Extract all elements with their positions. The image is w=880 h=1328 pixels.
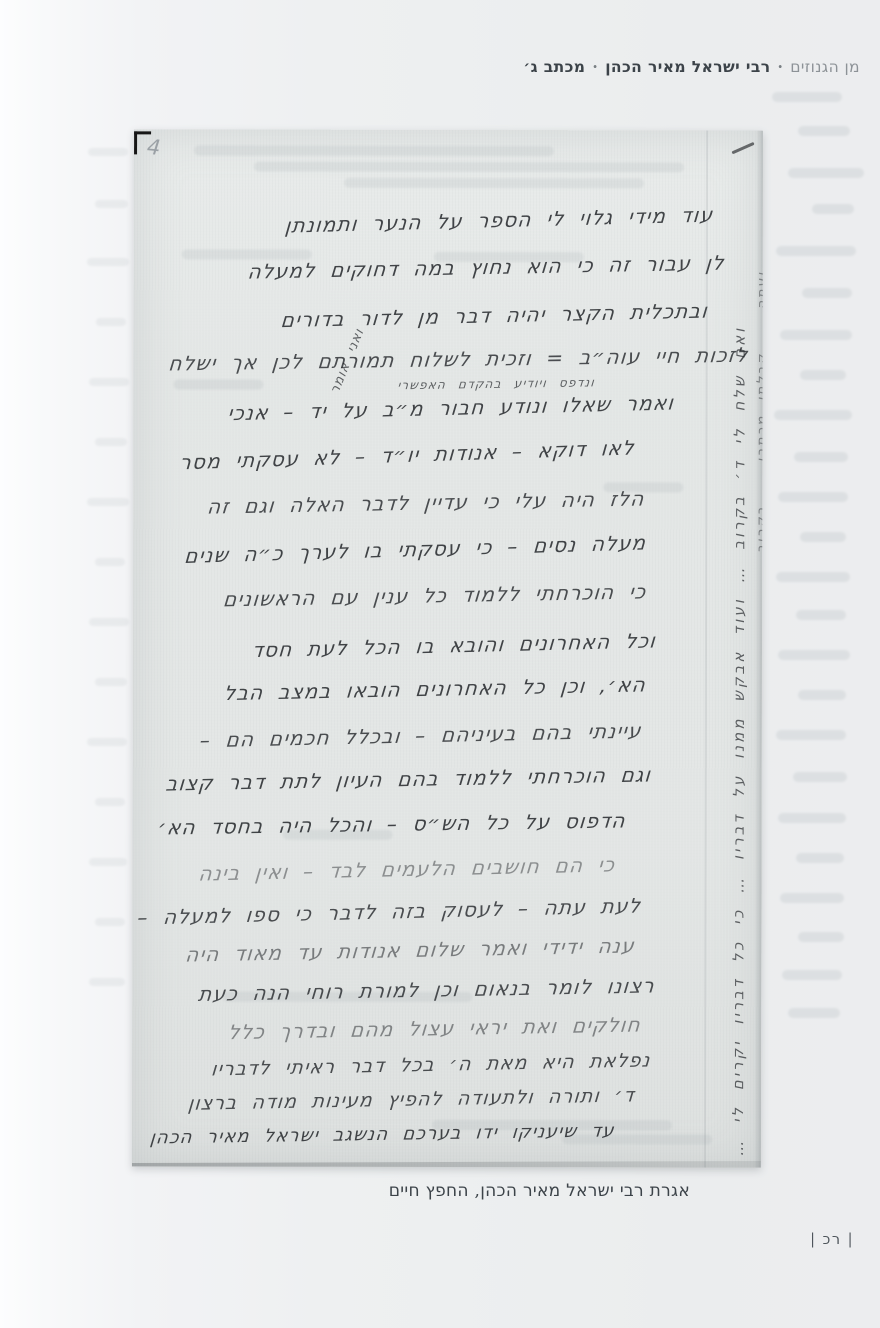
bleed-through-mark bbox=[788, 1008, 840, 1018]
bleed-through-mark bbox=[798, 932, 844, 942]
bleed-through-mark bbox=[95, 200, 128, 208]
handwritten-line: עד שיעניקו ידו בערכם הנשגב ישראל מאיר הכ… bbox=[149, 1120, 616, 1148]
bleed-through-mark bbox=[772, 92, 842, 102]
handwritten-line: מעלה נסים – כי עסקתי בו לערך כ״ה שנים bbox=[183, 530, 647, 568]
handwritten-line: ובתכלית הקצר יהיה דבר מן לדור בדורים bbox=[279, 299, 709, 333]
figure-caption: אגרת רבי ישראל מאיר הכהן, החפץ חיים bbox=[389, 1181, 690, 1201]
bleed-through-mark bbox=[798, 126, 850, 136]
bleed-through-mark bbox=[89, 858, 127, 866]
handwritten-line: עיינתי בהם בעיניהם – ובכלל חכמים הם – bbox=[199, 718, 643, 752]
handwritten-line: וגם הוכרחתי ללמוד בהם העיון לתת דבר קצוב bbox=[165, 762, 653, 795]
bleed-through-mark bbox=[89, 618, 129, 626]
bleed-through-mark bbox=[88, 148, 128, 156]
handwritten-line: הלז היה עלי כי עדיין לדבר האלה וגם זה bbox=[206, 486, 646, 518]
handwritten-line: נפלאת היא מאת ה׳ בכל דבר ראיתי לדבריו bbox=[211, 1049, 653, 1080]
letter-photograph: 4 עוד מידי גלוי לי הספר על הנער ותמונתןל… bbox=[132, 129, 763, 1167]
header-section: מן הגנוזים bbox=[790, 58, 860, 76]
book-page: מן הגנוזים·רבי ישראל מאיר הכהן·מכתב ג׳ 4… bbox=[0, 0, 880, 1328]
bleed-through-mark bbox=[776, 246, 856, 256]
paper-bottom-edge bbox=[132, 1161, 761, 1168]
bleed-through-mark bbox=[776, 572, 850, 582]
handwritten-line: ואמר שאלו ונודע חבור מ״ב על יד – אנכי bbox=[227, 390, 676, 425]
bleed-through-mark bbox=[780, 893, 844, 903]
handwritten-line: וכל האחרונים והובא בו הכל לעת חסד bbox=[251, 628, 657, 662]
bleed-through-mark bbox=[796, 610, 846, 620]
bleed-through-mark bbox=[776, 730, 846, 740]
handwritten-line: ד׳ ותורה ולתעודה להפיץ מעינות מודה ברצון bbox=[187, 1084, 636, 1114]
bleed-through-mark bbox=[802, 288, 852, 298]
handwritten-line: עוד מידי גלוי לי הספר על הנער ותמונתן bbox=[283, 203, 714, 238]
bleed-through-mark bbox=[95, 798, 125, 806]
handwritten-lines: עוד מידי גלוי לי הספר על הנער ותמונתןלן … bbox=[132, 129, 763, 1167]
bleed-through-mark bbox=[778, 492, 848, 502]
handwritten-line: חולקים ואת יראי עצול מהם ובדרך כלל bbox=[227, 1012, 642, 1044]
bleed-through-mark bbox=[95, 918, 125, 926]
bleed-through-mark bbox=[89, 978, 125, 986]
bleed-through-mark bbox=[95, 558, 125, 566]
bleed-through-mark bbox=[780, 330, 852, 340]
bleed-through-mark bbox=[778, 813, 846, 823]
handwritten-line: כי הוכרחתי ללמוד כל ענין עם הראשונים bbox=[222, 579, 648, 611]
bleed-through-mark bbox=[793, 772, 847, 782]
bleed-through-mark bbox=[778, 650, 850, 660]
handwritten-line: ענה ידידי ואמר שלום אנודות עד מאוד היה bbox=[185, 933, 637, 966]
bleed-through-mark bbox=[95, 678, 127, 686]
handwritten-line: לן עבור זה כי הוא נחוץ במה דחוקים למעלה bbox=[247, 251, 726, 284]
bleed-through-mark bbox=[782, 970, 842, 980]
handwritten-line: ונדפס ויודיע בהקדם האפשרי bbox=[396, 375, 595, 392]
bleed-through-mark bbox=[89, 378, 129, 386]
handwritten-line: לעת עתה – לעסוק בזה לדבר כי ספו למעלה – bbox=[137, 893, 643, 929]
bleed-through-mark bbox=[800, 532, 846, 542]
bleed-through-mark bbox=[95, 438, 127, 446]
handwritten-line: רצונו לומר בנאום וכן למורת רוחי הנה כעת bbox=[197, 973, 656, 1006]
bleed-through-mark bbox=[87, 498, 129, 506]
bleed-through-mark bbox=[87, 738, 127, 746]
handwritten-line: ואם שלח לי ד׳ בקרוב … ועוד אבקש ממנו על … bbox=[729, 326, 749, 1168]
paper-right-edge bbox=[754, 131, 763, 1168]
header-separator-icon: · bbox=[777, 57, 783, 76]
header-author-title: רבי ישראל מאיר הכהן bbox=[605, 57, 770, 76]
handwritten-line: כי הם חושבים הלעמים לבד – ואין בינה bbox=[198, 852, 617, 885]
bleed-through-mark bbox=[87, 258, 129, 266]
page-number: | רכ | bbox=[810, 1232, 854, 1248]
running-header: מן הגנוזים·רבי ישראל מאיר הכהן·מכתב ג׳ bbox=[523, 57, 860, 76]
bleed-through-mark bbox=[774, 410, 852, 420]
bleed-through-mark bbox=[96, 318, 126, 326]
bleed-through-mark bbox=[800, 370, 846, 380]
header-separator-icon: · bbox=[592, 57, 598, 76]
bleed-through-mark bbox=[796, 853, 844, 863]
handwritten-line: לזכות חיי עוה״ב = וזכית לשלוח תמורתם לכן… bbox=[167, 343, 750, 376]
handwritten-line: הא׳, וכן כל האחרונים הובאו במצב הבל bbox=[223, 672, 647, 705]
bleed-through-mark bbox=[794, 452, 848, 462]
bleed-through-mark bbox=[812, 204, 854, 214]
handwritten-line: הדפוס על כל הש״ס – והכל היה בחסד הא׳ bbox=[156, 808, 627, 839]
handwritten-line: לאו דוקא – אנודות יו״ד – לא עסקתי מסר bbox=[178, 435, 635, 474]
bleed-through-mark bbox=[798, 690, 846, 700]
header-letter-number: מכתב ג׳ bbox=[523, 57, 585, 76]
bleed-through-mark bbox=[788, 168, 864, 178]
